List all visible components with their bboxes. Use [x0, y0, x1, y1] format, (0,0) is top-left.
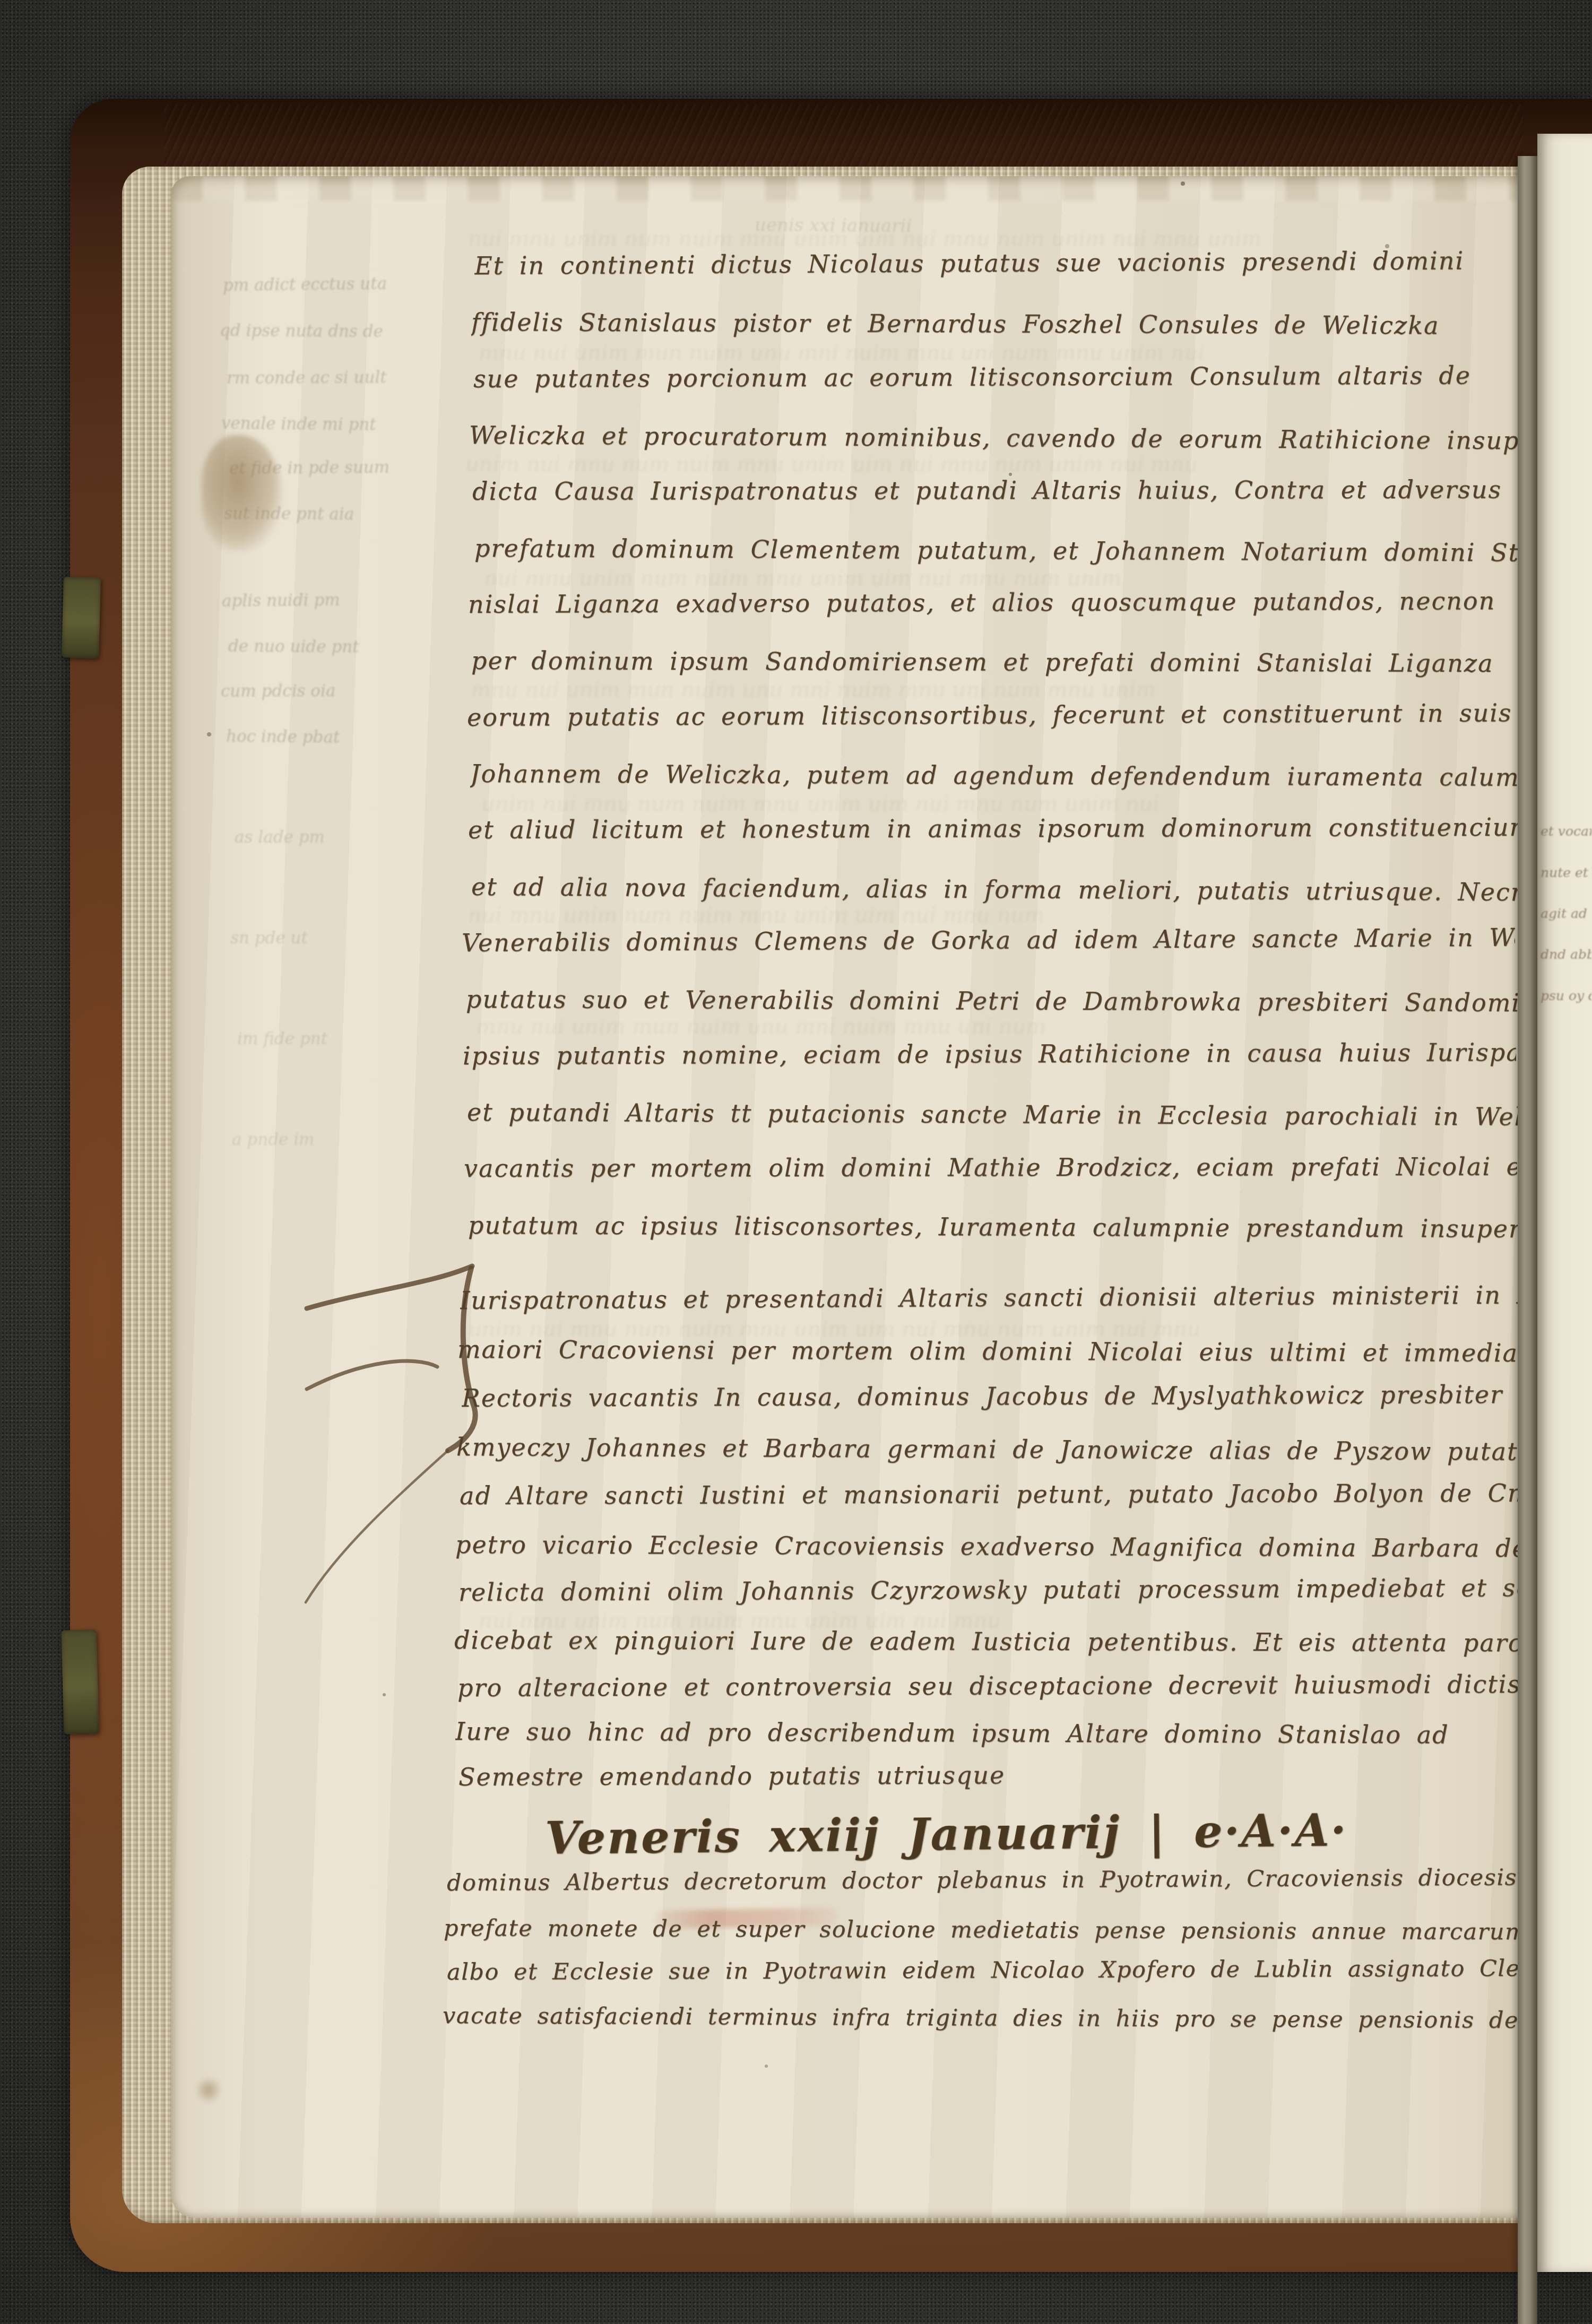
- text-line: sue putantes porcionum ac eorum litiscon…: [473, 361, 1471, 394]
- margin-bleedthrough-note: aplis nuidi pm: [222, 591, 340, 611]
- text-line: eorum putatis ac eorum litisconsortibus,…: [467, 698, 1520, 732]
- margin-bleedthrough-note: cum pdcis oia: [221, 681, 335, 701]
- ghost-bleedthrough-row: unim nui mnu num nuim mnu unim uim nui m…: [481, 792, 1160, 816]
- margin-bleedthrough-note: im fide pnt: [237, 1029, 327, 1048]
- torn-top-edge: [171, 176, 1522, 201]
- manuscript-page: uenis xxi ianuarii nui mnu unim num nuim…: [171, 176, 1522, 2218]
- text-line: ipsius putantis nomine, eciam de ipsius …: [463, 1038, 1516, 1071]
- clasp-remnant-top: [62, 577, 101, 658]
- text-line: albo et Ecclesie sue in Pyotrawin eidem …: [447, 1955, 1522, 1987]
- date-heading: Veneris xxiij Januarij | e·A·A·: [545, 1803, 1348, 1865]
- ghost-bleedthrough-row: nui mnu unim num nuim mnu unim uim nui m…: [468, 903, 1044, 927]
- text-line: Iurispatronatus et presentandi Altaris s…: [460, 1280, 1522, 1315]
- manuscript-photo: { "page": { "heading": "Veneris xxiij Ja…: [0, 0, 1592, 2324]
- margin-bleedthrough-note: qd ipse nuta dns de: [220, 321, 383, 341]
- text-line: Venerabilis dominus Clemens de Gorka ad …: [462, 923, 1515, 958]
- text-line: ad Altare sancti Iustini et mansionarii …: [460, 1479, 1522, 1511]
- text-line: kmyeczy Johannes et Barbara germani de J…: [456, 1433, 1522, 1467]
- gutter-shadow-strip: [1518, 156, 1537, 2324]
- text-line: vacate satisfaciendi terminus infra trig…: [443, 2002, 1522, 2034]
- margin-bleedthrough-note: venale inde mi pnt: [221, 414, 376, 435]
- margin-bleedthrough-note: de nuo uide pnt: [228, 637, 359, 657]
- text-line: vacantis per mortem olim domini Mathie B…: [464, 1152, 1517, 1184]
- text-line: maiori Cracoviensi per mortem olim domin…: [457, 1335, 1522, 1368]
- text-line: nislai Liganza exadverso putatos, et ali…: [468, 586, 1495, 619]
- margin-bleedthrough-note: sn pde ut: [230, 929, 308, 948]
- text-line: dicebat ex pinguiori Iure de eadem Iusti…: [454, 1626, 1522, 1658]
- text-line: per dominum ipsum Sandomiriensem et pref…: [471, 646, 1494, 678]
- text-line: Et in continenti dictus Nicolaus putatus…: [474, 246, 1464, 281]
- text-line: putatum ac ipsius litisconsortes, Iurame…: [468, 1211, 1521, 1244]
- ink-specks: [171, 176, 173, 178]
- text-line: prefate monete de et super solucione med…: [444, 1915, 1522, 1946]
- text-line: Iure suo hinc ad pro describendum ipsum …: [455, 1717, 1449, 1750]
- text-line: putatus suo et Venerabilis domini Petri …: [466, 985, 1519, 1018]
- text-line: pro alteracione et controversia seu disc…: [457, 1670, 1522, 1703]
- ghost-bleedthrough-row: nui mnu unim num nuim mnu unim uim nui m…: [484, 566, 1121, 591]
- text-line: Weliczka et procuratorum nominibus, cave…: [469, 421, 1522, 456]
- text-line: dicta Causa Iurispatronatus et putandi A…: [472, 475, 1502, 507]
- text-line: Rectoris vacantis In causa, dominus Jaco…: [462, 1380, 1522, 1413]
- text-line: Semestre emendando putatis utriusque: [458, 1761, 1005, 1792]
- ghost-bleedthrough-row: nui mnu unim num nuim mnu unim uim nui m…: [468, 227, 1261, 251]
- facing-page-note: agit ad se huc: [1541, 906, 1591, 921]
- text-line: et aliud licitum et honestum in animas i…: [468, 813, 1521, 845]
- text-line: Johannem de Weliczka, putem ad agendum d…: [470, 759, 1522, 792]
- ghost-bleedthrough-row: mnu nui unim mun nuim unu mni nuim mnu u…: [471, 678, 1156, 702]
- text-line: petro vicario Ecclesie Cracoviensis exad…: [455, 1530, 1522, 1563]
- facing-page-note: dnd abbt en fin: [1541, 947, 1591, 962]
- ghost-bleedthrough-row: mnu nui unim mun nuim unu mni nuim mnu u…: [476, 1014, 1046, 1039]
- margin-bleedthrough-note: hoc inde pbat: [226, 727, 340, 747]
- margin-bleedthrough-note: as lade pm: [235, 828, 325, 847]
- text-line: ffidelis Stanislaus pistor et Bernardus …: [471, 308, 1440, 341]
- text-line: et ad alia nova faciendum, alias in form…: [471, 872, 1522, 907]
- margin-bleedthrough-note: a pnde im: [232, 1130, 315, 1149]
- ghost-bleedthrough-row: unim nui mnu num nuim mnu unim uim nui m…: [465, 452, 1198, 476]
- ghost-bleedthrough-row: mnu nui unim mun nuim unu mni nuim mnu u…: [479, 341, 1205, 365]
- facing-page-note: et vocandus dne: [1541, 823, 1591, 839]
- text-line: prefatum dominum Clementem putatum, et J…: [474, 534, 1522, 568]
- clasp-remnant-bottom: [61, 1629, 99, 1735]
- facing-page-note: psu oy dindum: [1541, 988, 1591, 1003]
- facing-page-sliver: et vocandus dne nute et declamat agit ad…: [1537, 134, 1592, 2272]
- text-line: relicta domini olim Johannis Czyrzowsky …: [458, 1573, 1522, 1607]
- margin-bleedthrough-note: rm conde ac si uult: [227, 368, 387, 388]
- text-line: et putandi Altaris tt putacionis sancte …: [467, 1098, 1520, 1132]
- margin-bleedthrough-note: pm adict ecctus uta: [223, 274, 387, 295]
- facing-page-note: nute et declamat: [1541, 865, 1591, 880]
- text-line: dominus Albertus decretorum doctor pleba…: [447, 1864, 1522, 1897]
